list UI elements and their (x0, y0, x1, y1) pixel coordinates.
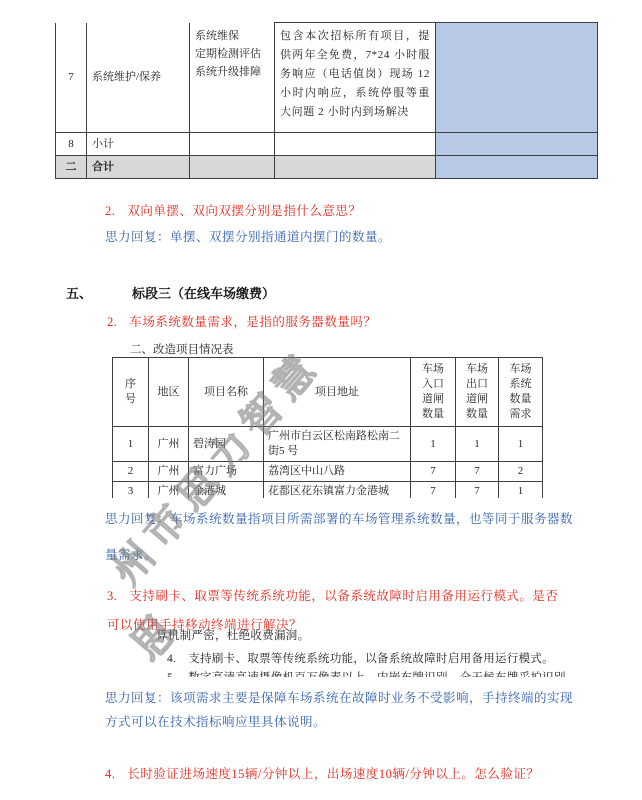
item-text: 支持刷卡、取票等传统系统功能，以备系统故障时启用备用运行模式。 (188, 653, 554, 665)
table-cell: 1 (456, 427, 499, 462)
project-table-clip: 序号地区项目名称项目地址车场入口道闸数量车场出口道闸数量车场系统数量需求 1广州… (112, 357, 548, 498)
table-cell: 7 (456, 462, 499, 482)
reply-backup: 思力回复：该项需求主要是保障车场系统在故障时业务不受影响，手持终端的实现方式可以… (105, 686, 573, 734)
table-row: 8 小计 (56, 133, 598, 156)
table-cell: 7 (411, 482, 456, 499)
table-cell: 广州 (149, 427, 189, 462)
question-number: 3. (107, 589, 117, 603)
column-header: 项目地址 (264, 358, 411, 427)
table-cell: 7 (456, 482, 499, 499)
description-cell: 包含本次招标所有项目，提供两年全免费，7*24 小时服务响应（电话值岗）现场 1… (275, 23, 436, 133)
table-cell: 花都区花东镇富力金港城 (264, 482, 411, 499)
question-number: 2. (105, 204, 115, 218)
table-cell: 2 (499, 462, 543, 482)
list-item-4: 4.支持刷卡、取票等传统系统功能，以备系统故障时启用备用运行模式。 (167, 650, 554, 666)
table-cell: 3 (113, 482, 149, 499)
column-header: 地区 (149, 358, 189, 427)
highlighted-cell (436, 133, 598, 156)
section-number: 五、 (66, 286, 92, 301)
section-title: 标段三（在线车场缴费） (132, 286, 275, 301)
table-cell: 2 (113, 462, 149, 482)
table-cell: 1 (499, 427, 543, 462)
question-text: 长时验证进场速度15辆/分钟以上，出场速度10辆/分钟以上。怎么验证？ (127, 767, 539, 781)
highlighted-cell (436, 156, 598, 179)
section-heading: 五、标段三（在线车场缴费） (66, 283, 275, 302)
table-cell: 7 (411, 462, 456, 482)
column-header: 项目名称 (189, 358, 264, 427)
column-header: 车场系统数量需求 (499, 358, 543, 427)
question-text: 双向单摆、双向双摆分别是指什么意思？ (127, 204, 361, 218)
header-row: 序号地区项目名称项目地址车场入口道闸数量车场出口道闸数量车场系统数量需求 (113, 358, 543, 427)
sub-item-cell (190, 156, 275, 179)
document-page: 7 系统维护/保养 系统维保 定期检测评估 系统升级排障 包含本次招标所有项目，… (0, 0, 642, 800)
table-cell: 碧涛园 (189, 427, 264, 462)
seq-cell: 7 (56, 23, 87, 133)
item-cell: 合计 (87, 156, 190, 179)
list-item-5-clipped: 5.数字高清高速摄像机百万像素以上，内嵌车牌识别，全天候车牌采拍识别 (167, 669, 597, 677)
question-number: 2. (107, 315, 117, 329)
table-cell: 富力广场 (189, 462, 264, 482)
table-cell: 荔湾区中山八路 (264, 462, 411, 482)
sub-item-cell: 系统维保 定期检测评估 系统升级排障 (190, 23, 275, 133)
item-number: 5. (167, 672, 176, 677)
question-parking: 2.车场系统数量需求，是指的服务器数量吗？ (107, 312, 376, 330)
table-cell: 广州 (149, 462, 189, 482)
column-header: 车场出口道闸数量 (456, 358, 499, 427)
item-cell: 小计 (87, 133, 190, 156)
text-fragment: 算机制严密，杜绝收费漏洞。 (156, 627, 309, 643)
description-cell (275, 133, 436, 156)
table-row: 2广州富力广场荔湾区中山八路772 (113, 462, 543, 482)
table-row: 7 系统维护/保养 系统维保 定期检测评估 系统升级排障 包含本次招标所有项目，… (56, 23, 598, 133)
table-row: 3广州金港城花都区花东镇富力金港城771 (113, 482, 543, 499)
table-cell: 广州市白云区松南路松南二街5 号 (264, 427, 411, 462)
table-cell: 1 (499, 482, 543, 499)
question-speed: 4.长时验证进场速度15辆/分钟以上，出场速度10辆/分钟以上。怎么验证？ (105, 764, 539, 782)
item-number: 4. (167, 653, 176, 665)
highlighted-cell (436, 23, 598, 133)
seq-cell: 二 (56, 156, 87, 179)
item-cell: 系统维护/保养 (87, 23, 190, 133)
table-cell: 1 (113, 427, 149, 462)
sub-item-cell (190, 133, 275, 156)
table-row: 1广州碧涛园广州市白云区松南路松南二街5 号111 (113, 427, 543, 462)
reply-parking: 思力回复：车场系统数量指项目所需部署的车场管理系统数量，也等同于服务器数量需求。 (105, 501, 579, 573)
description-cell (275, 156, 436, 179)
maintenance-table: 7 系统维护/保养 系统维保 定期检测评估 系统升级排障 包含本次招标所有项目，… (55, 22, 598, 179)
question-number: 4. (105, 767, 115, 781)
column-header: 车场入口道闸数量 (411, 358, 456, 427)
reply-swing: 思力回复：单摆、双摆分别指通道内摆门的数量。 (105, 227, 391, 245)
table-cell: 1 (411, 427, 456, 462)
project-table: 序号地区项目名称项目地址车场入口道闸数量车场出口道闸数量车场系统数量需求 1广州… (112, 357, 543, 498)
seq-cell: 8 (56, 133, 87, 156)
table-cell: 金港城 (189, 482, 264, 499)
table-caption: 二、改造项目情况表 (130, 341, 234, 357)
item-text: 数字高清高速摄像机百万像素以上，内嵌车牌识别，全天候车牌采拍识别 (188, 672, 566, 677)
total-row: 二 合计 (56, 156, 598, 179)
column-header: 序号 (113, 358, 149, 427)
question-swing: 2.双向单摆、双向双摆分别是指什么意思？ (105, 201, 361, 219)
question-text: 车场系统数量需求，是指的服务器数量吗？ (129, 315, 376, 329)
table-cell: 广州 (149, 482, 189, 499)
question-text: 支持刷卡、取票等传统系统功能，以备系统故障时启用备用运行模式。是否可以使用手持移… (107, 589, 558, 632)
